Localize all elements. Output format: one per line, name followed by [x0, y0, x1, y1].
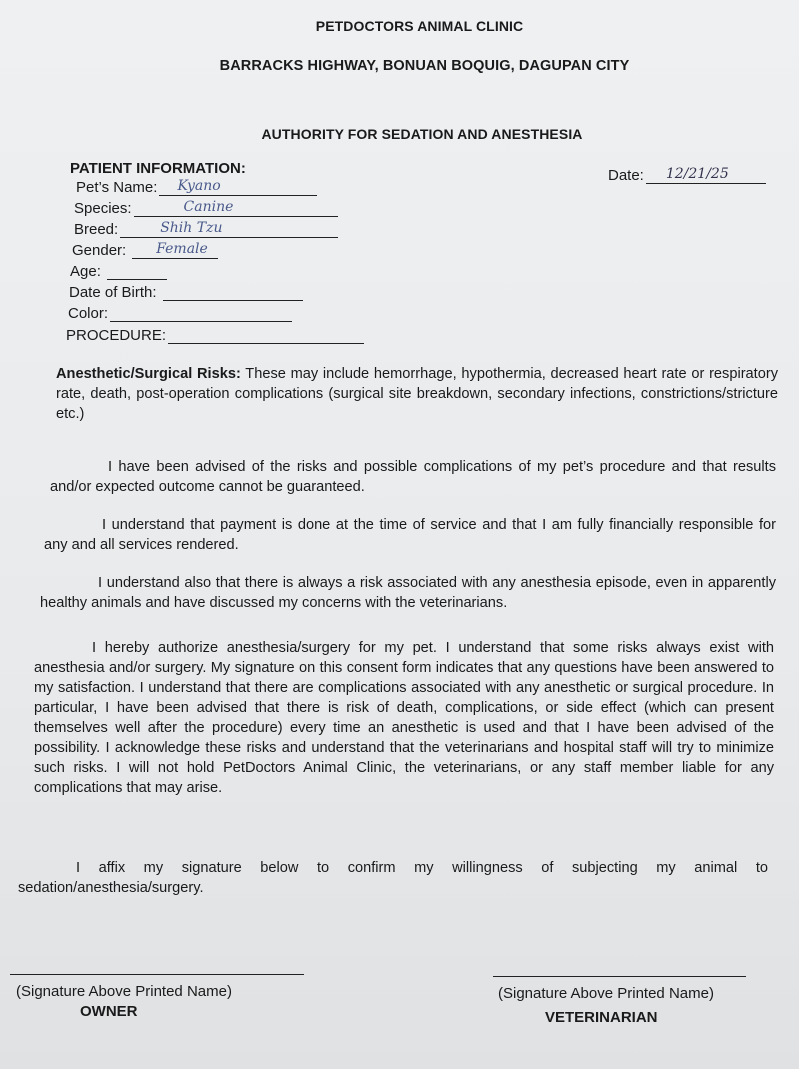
- procedure-label: PROCEDURE:: [66, 327, 166, 344]
- date-of-birth-field[interactable]: Date of Birth:: [69, 283, 303, 301]
- breed-field[interactable]: Breed: Shih Tzu: [74, 220, 338, 238]
- consent-form-page: PETDOCTORS ANIMAL CLINIC BARRACKS HIGHWA…: [0, 0, 799, 1069]
- pet-name-label: Pet’s Name:: [76, 179, 157, 196]
- age-label: Age:: [70, 263, 101, 280]
- date-value: 12/21/25: [666, 166, 729, 182]
- breed-value: Shih Tzu: [160, 220, 222, 236]
- gender-field[interactable]: Gender: Female: [72, 241, 218, 259]
- owner-signature-caption: (Signature Above Printed Name): [16, 983, 232, 1000]
- color-field[interactable]: Color:: [68, 304, 292, 322]
- date-of-birth-label: Date of Birth:: [69, 284, 157, 301]
- date-field[interactable]: Date: 12/21/25: [608, 166, 766, 184]
- age-field[interactable]: Age:: [70, 262, 167, 280]
- procedure-field[interactable]: PROCEDURE:: [66, 326, 364, 344]
- species-field[interactable]: Species: Canine: [74, 199, 338, 217]
- species-value: Canine: [184, 199, 234, 215]
- species-label: Species:: [74, 200, 132, 217]
- color-label: Color:: [68, 305, 108, 322]
- form-title: AUTHORITY FOR SEDATION AND ANESTHESIA: [45, 126, 799, 142]
- clinic-name: PETDOCTORS ANIMAL CLINIC: [40, 18, 799, 34]
- patient-info-title: PATIENT INFORMATION:: [70, 160, 246, 177]
- owner-role-label: OWNER: [80, 1003, 138, 1020]
- pet-name-value: Kyano: [177, 178, 220, 194]
- gender-label: Gender:: [72, 242, 126, 259]
- risks-paragraph: Anesthetic/Surgical Risks: These may inc…: [56, 364, 778, 424]
- risk-awareness-paragraph: I understand also that there is always a…: [40, 573, 776, 613]
- authorization-paragraph: I hereby authorize anesthesia/surgery fo…: [34, 638, 774, 798]
- signature-confirmation-paragraph: I affix my signature below to confirm my…: [18, 858, 768, 898]
- owner-signature-line[interactable]: [10, 974, 304, 975]
- veterinarian-signature-line[interactable]: [493, 976, 746, 977]
- date-label: Date:: [608, 167, 644, 184]
- veterinarian-role-label: VETERINARIAN: [545, 1009, 658, 1026]
- veterinarian-signature-caption: (Signature Above Printed Name): [498, 985, 714, 1002]
- pet-name-field[interactable]: Pet’s Name: Kyano: [76, 178, 317, 196]
- breed-label: Breed:: [74, 221, 118, 238]
- advised-paragraph: I have been advised of the risks and pos…: [50, 457, 776, 497]
- clinic-address: BARRACKS HIGHWAY, BONUAN BOQUIG, DAGUPAN…: [50, 58, 799, 74]
- gender-value: Female: [156, 241, 208, 257]
- risks-label: Anesthetic/Surgical Risks:: [56, 366, 241, 382]
- payment-paragraph: I understand that payment is done at the…: [44, 515, 776, 555]
